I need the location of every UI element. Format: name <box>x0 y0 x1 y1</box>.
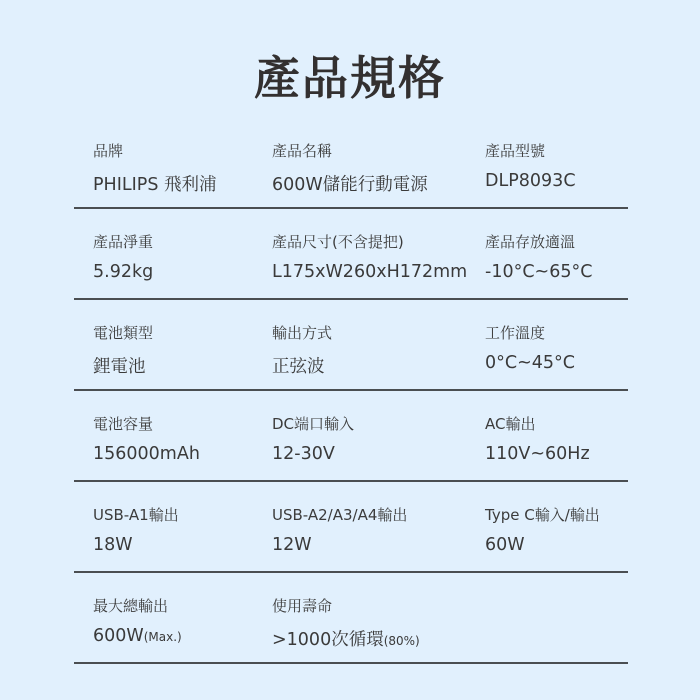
spec-value-suffix: (Max.) <box>144 630 182 644</box>
spec-value: 600W(Max.) <box>93 626 182 646</box>
spec-label: 使用壽命 <box>272 595 420 616</box>
spec-battery-capacity: 電池容量 156000mAh <box>93 413 200 464</box>
spec-value: PHILIPS 飛利浦 <box>93 171 217 196</box>
spec-label: 產品名稱 <box>272 140 428 161</box>
spec-label: 電池容量 <box>93 413 200 434</box>
spec-brand: 品牌 PHILIPS 飛利浦 <box>93 140 217 196</box>
spec-value: 60W <box>485 535 600 555</box>
spec-row: 電池類型 鋰電池 輸出方式 正弦波 工作溫度 0°C~45°C <box>74 300 628 391</box>
spec-label: 品牌 <box>93 140 217 161</box>
spec-max-output: 最大總輸出 600W(Max.) <box>93 595 182 646</box>
spec-value: -10°C~65°C <box>485 262 592 282</box>
spec-lifespan: 使用壽命 >1000次循環(80%) <box>272 595 420 651</box>
spec-label: AC輸出 <box>485 413 590 434</box>
spec-value: 156000mAh <box>93 444 200 464</box>
spec-value: >1000次循環(80%) <box>272 626 420 651</box>
spec-ac-output: AC輸出 110V~60Hz <box>485 413 590 464</box>
spec-dc-input: DC端口輸入 12-30V <box>272 413 354 464</box>
spec-value: 110V~60Hz <box>485 444 590 464</box>
spec-label: 電池類型 <box>93 322 153 343</box>
spec-row: 產品淨重 5.92kg 產品尺寸(不含提把) L175xW260xH172mm … <box>74 209 628 300</box>
spec-row: 電池容量 156000mAh DC端口輸入 12-30V AC輸出 110V~6… <box>74 391 628 482</box>
spec-value-main: 600W <box>93 626 144 646</box>
spec-battery-type: 電池類型 鋰電池 <box>93 322 153 378</box>
spec-storage-temp: 產品存放適溫 -10°C~65°C <box>485 231 592 282</box>
spec-label: 輸出方式 <box>272 322 332 343</box>
spec-weight: 產品淨重 5.92kg <box>93 231 153 282</box>
spec-label: 工作溫度 <box>485 322 575 343</box>
spec-output-mode: 輸出方式 正弦波 <box>272 322 332 378</box>
spec-value: L175xW260xH172mm <box>272 262 467 282</box>
spec-table: 品牌 PHILIPS 飛利浦 產品名稱 600W儲能行動電源 產品型號 DLP8… <box>74 118 628 664</box>
spec-model: 產品型號 DLP8093C <box>485 140 576 191</box>
spec-row: USB-A1輸出 18W USB-A2/A3/A4輸出 12W Type C輸入… <box>74 482 628 573</box>
spec-product-name: 產品名稱 600W儲能行動電源 <box>272 140 428 196</box>
spec-row: 品牌 PHILIPS 飛利浦 產品名稱 600W儲能行動電源 產品型號 DLP8… <box>74 118 628 209</box>
spec-label: 產品存放適溫 <box>485 231 592 252</box>
spec-value: 18W <box>93 535 179 555</box>
spec-type-c: Type C輸入/輸出 60W <box>485 504 600 555</box>
spec-row: 最大總輸出 600W(Max.) 使用壽命 >1000次循環(80%) <box>74 573 628 664</box>
spec-dimensions: 產品尺寸(不含提把) L175xW260xH172mm <box>272 231 467 282</box>
spec-usb-a1: USB-A1輸出 18W <box>93 504 179 555</box>
spec-value-main: >1000次循環 <box>272 630 384 650</box>
spec-label: 產品型號 <box>485 140 576 161</box>
spec-usb-a2-a4: USB-A2/A3/A4輸出 12W <box>272 504 407 555</box>
spec-value: 12W <box>272 535 407 555</box>
spec-label: Type C輸入/輸出 <box>485 504 600 525</box>
spec-value: 5.92kg <box>93 262 153 282</box>
spec-label: USB-A2/A3/A4輸出 <box>272 504 407 525</box>
page-title: 產品規格 <box>0 42 700 108</box>
spec-label: 最大總輸出 <box>93 595 182 616</box>
spec-operating-temp: 工作溫度 0°C~45°C <box>485 322 575 373</box>
spec-label: 產品淨重 <box>93 231 153 252</box>
spec-value: 600W儲能行動電源 <box>272 171 428 196</box>
spec-label: USB-A1輸出 <box>93 504 179 525</box>
spec-value: 0°C~45°C <box>485 353 575 373</box>
spec-value: 鋰電池 <box>93 353 153 378</box>
spec-value: DLP8093C <box>485 171 576 191</box>
spec-value: 正弦波 <box>272 353 332 378</box>
spec-label: DC端口輸入 <box>272 413 354 434</box>
spec-value-suffix: (80%) <box>384 634 420 648</box>
spec-label: 產品尺寸(不含提把) <box>272 231 467 252</box>
spec-value: 12-30V <box>272 444 354 464</box>
